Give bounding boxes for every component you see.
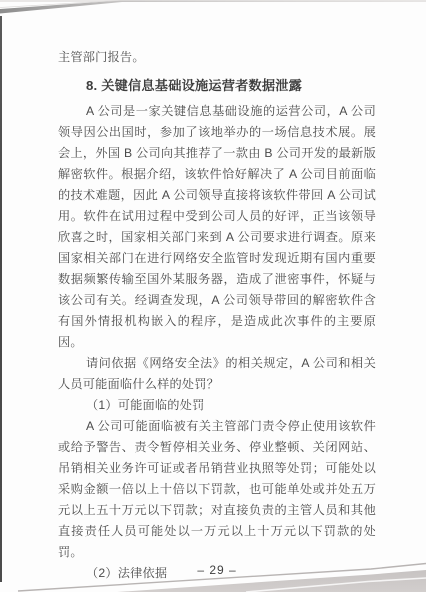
text-line: 的技术难题，因此 A 公司领导直接将该软件带回 A 公司试: [58, 185, 376, 206]
book-page: 主管部门报告。8. 关键信息基础设施运营者数据泄露A 公司是一家关键信息基础设施…: [0, 0, 426, 592]
text-line: 领导因公出国时，参加了该地举办的一场信息技术展。展: [58, 122, 376, 143]
paragraph: 请问依据《网络安全法》的相关规定，A 公司和相关人员可能面临什么样的处罚？: [58, 353, 376, 395]
text-line: 该公司有关。经调查发现，A 公司领导带回的解密软件含: [58, 290, 376, 311]
text-line: 用。软件在试用过程中受到公司人员的好评，正当该领导: [58, 206, 376, 227]
text-line: 欣喜之时，国家相关部门来到 A 公司要求进行调查。原来: [58, 227, 376, 248]
text-line: A 公司是一家关键信息基础设施的运营公司，A 公司: [58, 101, 376, 122]
text-line: 人员可能面临什么样的处罚？: [58, 374, 376, 395]
text-line: 采购金额一倍以上十倍以下罚款，也可能单处或并处五万: [58, 479, 376, 500]
page-content: 主管部门报告。8. 关键信息基础设施运营者数据泄露A 公司是一家关键信息基础设施…: [58, 47, 376, 584]
text-line: 吊销相关业务许可证或者吊销营业执照等处罚；可能处以: [58, 458, 376, 479]
page-curl-streak: [0, 1, 426, 14]
paragraph: 主管部门报告。: [58, 47, 376, 68]
text-line: 解密软件。根据介绍，该软件恰好解决了 A 公司目前面临: [58, 164, 376, 185]
text-line: 会上，外国 B 公司向其推荐了一款由 B 公司开发的最新版: [58, 143, 376, 164]
text-line: 元以上五十万元以下罚款；对直接负责的主管人员和其他: [58, 500, 376, 521]
text-line: 国家相关部门在进行网络安全监管时发现近期有国内重要: [58, 248, 376, 269]
text-line: （1）可能面临的处罚: [58, 395, 376, 416]
text-line: 数据频繁传输至国外某服务器，造成了泄密事件，怀疑与: [58, 269, 376, 290]
paragraph: A 公司是一家关键信息基础设施的运营公司，A 公司领导因公出国时，参加了该地举办…: [58, 101, 376, 353]
text-line: 请问依据《网络安全法》的相关规定，A 公司和相关: [58, 353, 376, 374]
text-line: A 公司可能面临被有关主管部门责令停止使用该软件: [58, 416, 376, 437]
text-line: 主管部门报告。: [58, 47, 376, 68]
text-line: 或给予警告、责令暂停相关业务、停业整顿、关闭网站、: [58, 437, 376, 458]
page-stack-decoration-bottom: [0, 540, 426, 592]
section-heading: 8. 关键信息基础设施运营者数据泄露: [58, 75, 376, 96]
text-line: 有国外情报机构嵌入的程序，是造成此次事件的主要原因。: [58, 311, 376, 353]
text-line: 8. 关键信息基础设施运营者数据泄露: [58, 75, 376, 96]
page-edge-decoration-top: [0, 0, 426, 20]
paragraph: （1）可能面临的处罚: [58, 395, 376, 416]
book-spine-shadow-line: [0, 16, 2, 582]
